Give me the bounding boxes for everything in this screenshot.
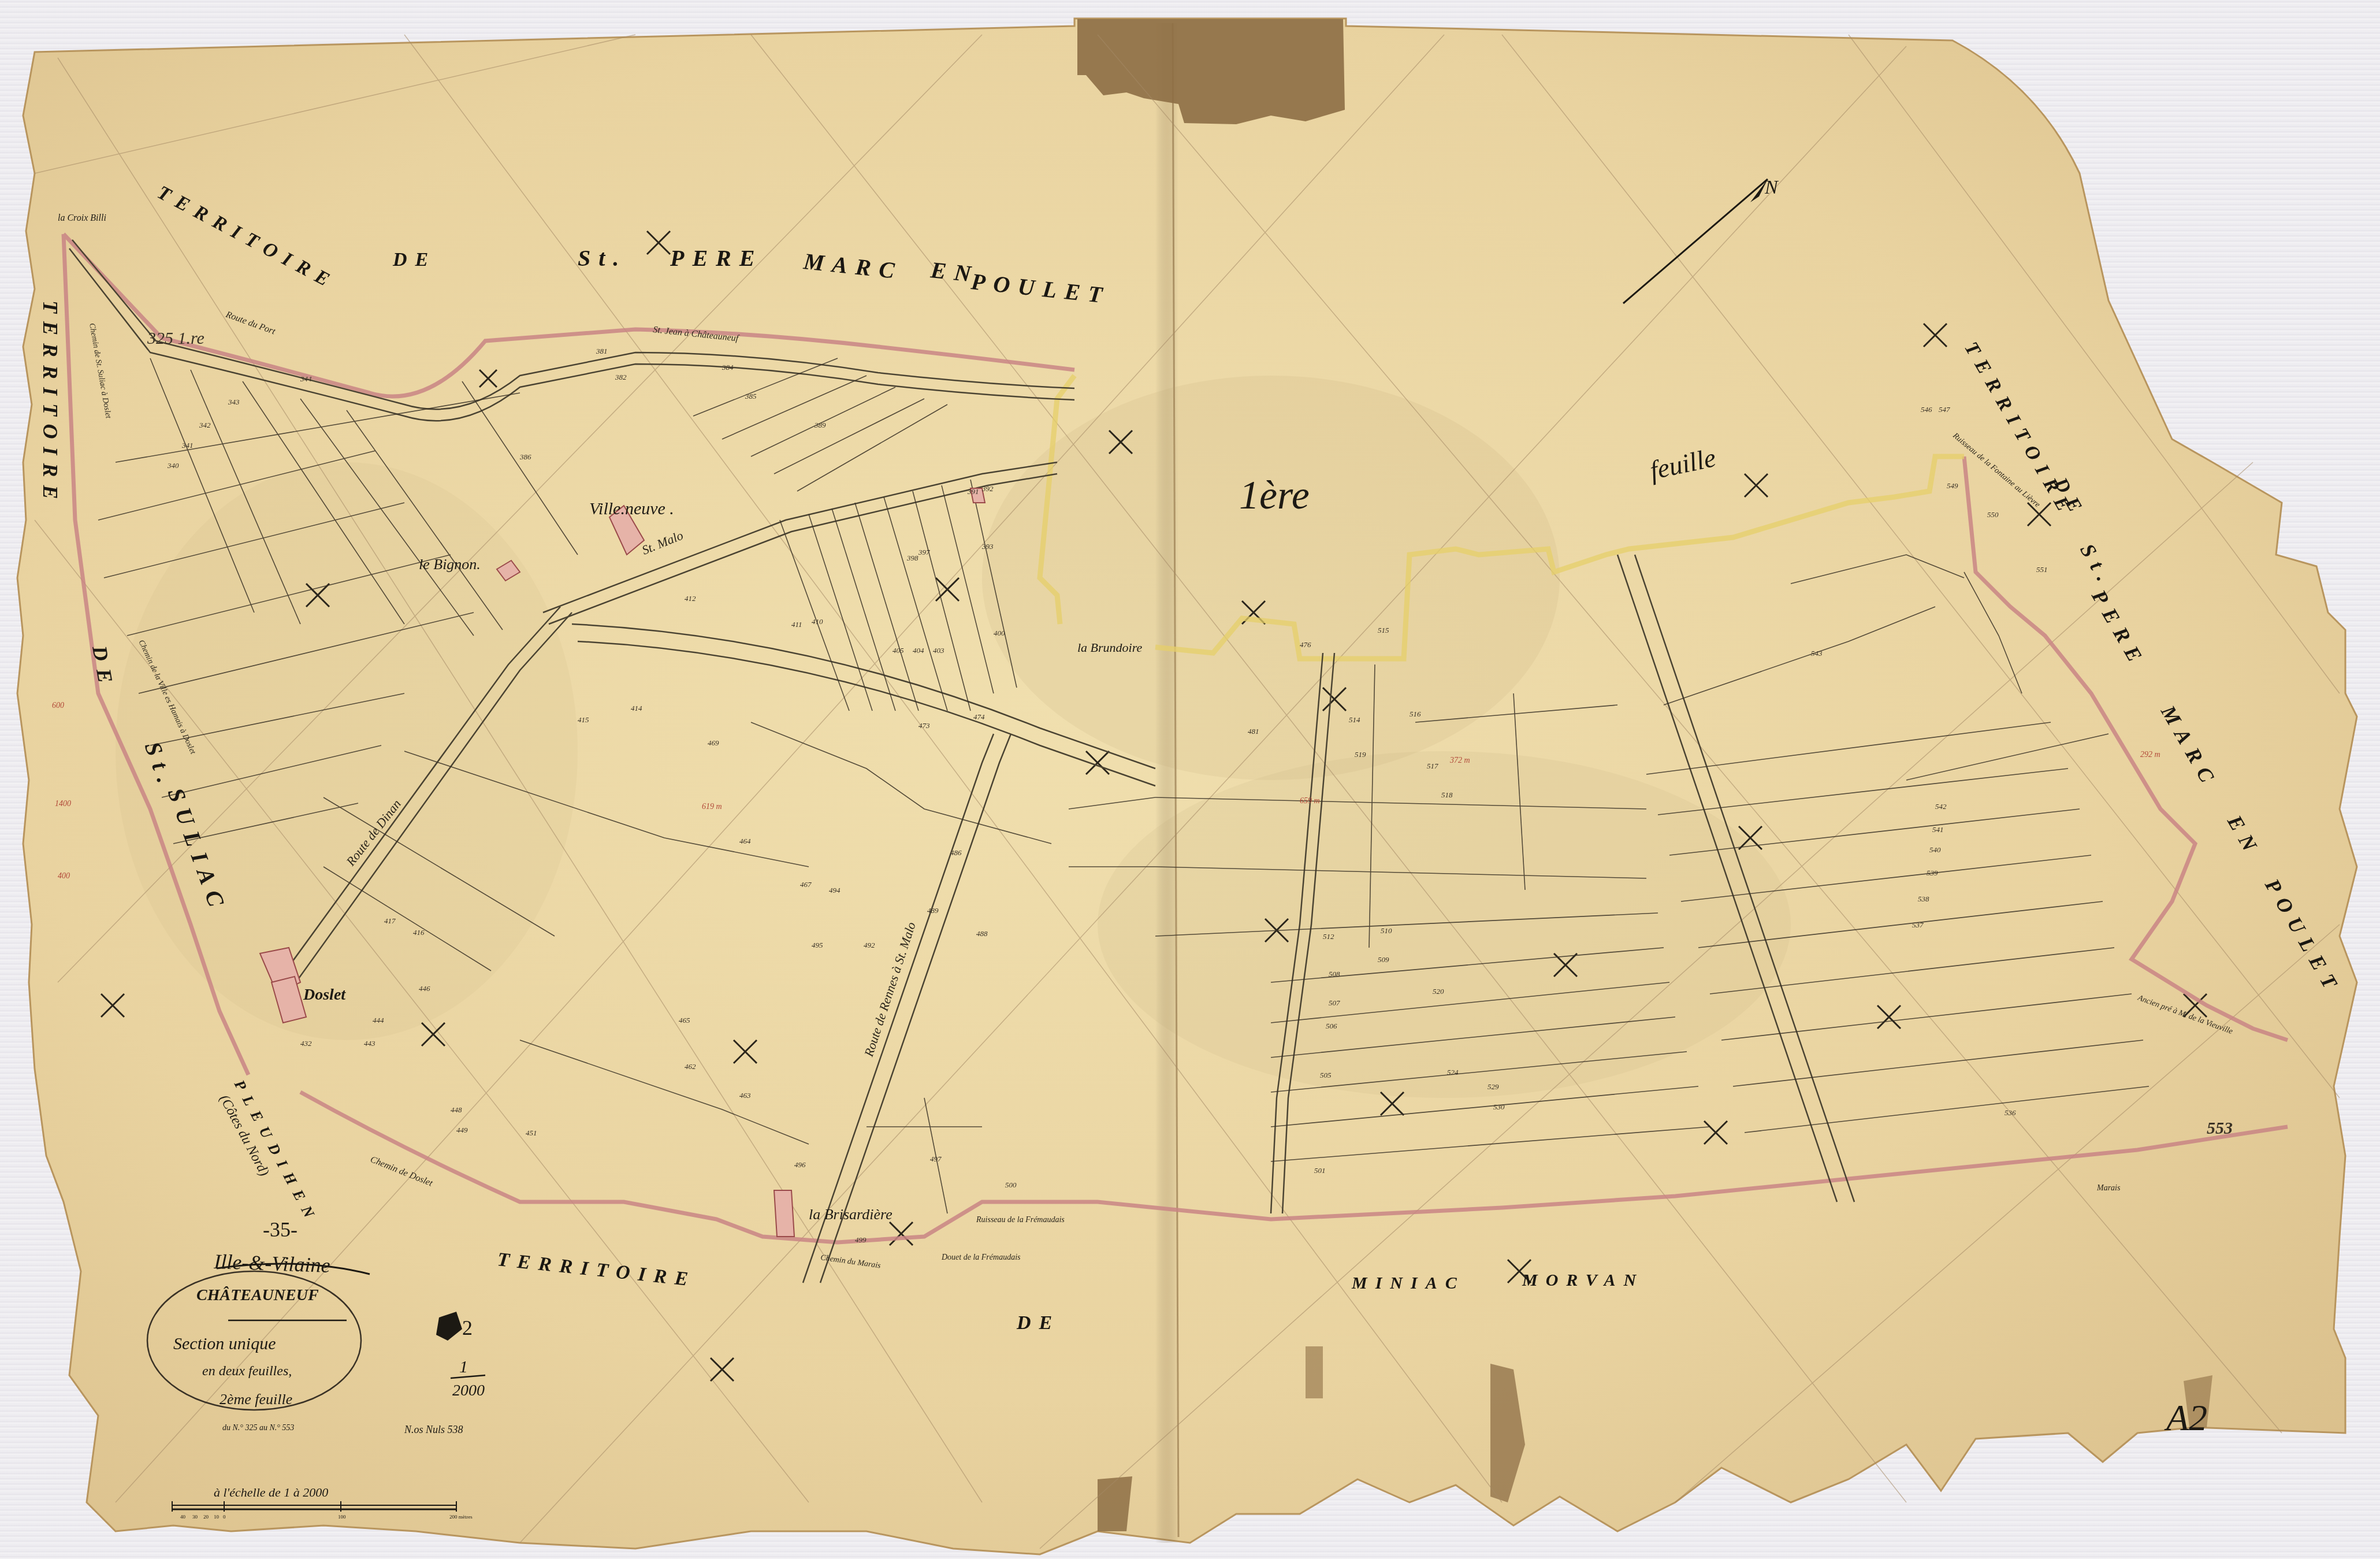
parcel-number: 465 <box>679 1016 690 1025</box>
measurement-label: 600 <box>52 701 64 710</box>
parcel-number: 553 <box>2207 1119 2233 1138</box>
parcel-number: 550 <box>1987 510 1999 519</box>
parcel-number: 551 <box>2036 565 2048 574</box>
scale-fraction-denominator: 2000 <box>452 1382 485 1400</box>
scale-tick: 40 <box>180 1514 186 1520</box>
parcel-number: 495 <box>812 941 823 949</box>
parcel-number: 489 <box>927 906 939 915</box>
parcel-number: 509 <box>1378 955 1389 964</box>
scale-tick: 30 <box>192 1514 198 1520</box>
parcel-number: 517 <box>1427 762 1438 770</box>
parcel-number: 540 <box>1929 845 1941 854</box>
parcel-number: 386 <box>519 452 531 461</box>
parcel-number: 432 <box>300 1039 312 1048</box>
territory-north-st: St. <box>578 245 627 271</box>
measurement-label: 372 m <box>1449 756 1470 765</box>
scale-tick: 20 <box>203 1514 209 1520</box>
parcel-range: du N.° 325 au N.° 553 <box>222 1424 294 1432</box>
parcel-number: 538 <box>1918 894 1929 903</box>
parcel-number: 417 <box>384 916 396 925</box>
measurement-label: 400 <box>58 872 70 881</box>
territory-south-morvan: MORVAN <box>1522 1271 1644 1290</box>
measurement-label: 619 m <box>702 803 722 811</box>
parcel-number: 405 <box>892 646 904 655</box>
parcel-number: 411 <box>791 620 802 629</box>
scale-fraction-numerator: 1 <box>459 1357 468 1376</box>
parcel-number: 505 <box>1320 1071 1332 1079</box>
parcel-number: 506 <box>1326 1022 1337 1030</box>
parcel-number: 412 <box>685 594 696 603</box>
parcel-number: 392 <box>981 484 994 493</box>
parcel-number: 382 <box>615 373 627 381</box>
sheets-note: en deux feuilles, <box>202 1364 292 1379</box>
measurement-label: 1400 <box>55 800 71 808</box>
north-label: N <box>1764 177 1779 198</box>
parcel-number: 414 <box>631 704 642 712</box>
parcel-number: 464 <box>739 837 751 845</box>
scale-tick: 10 <box>214 1514 220 1520</box>
parcel-number: 529 <box>1487 1082 1499 1091</box>
parcel-number: 397 <box>918 548 930 556</box>
place-doslet: Doslet <box>303 986 346 1004</box>
parcel-number: 518 <box>1441 790 1453 799</box>
parcel-number: 501 <box>1314 1166 1326 1175</box>
territory-north-de: DE <box>392 249 436 270</box>
parcel-number: 510 <box>1381 926 1392 935</box>
scale-tick: 200 mètres <box>449 1514 473 1520</box>
parcel-number: 389 <box>814 421 826 429</box>
parcel-number: 476 <box>1300 640 1311 649</box>
parcel-number: 546 <box>1921 405 1932 414</box>
parcel-number: 500 <box>1005 1181 1017 1189</box>
parcel-number: 381 <box>596 347 608 355</box>
parcel-number: 448 <box>451 1105 462 1114</box>
parcel-number: 547 <box>1939 405 1950 414</box>
territory-north-pere: PERE <box>670 245 763 271</box>
place-la-brisardiere: la Brisardière <box>809 1206 892 1223</box>
parcel-number: 443 <box>364 1039 375 1048</box>
note-marais: Marais <box>2096 1184 2121 1193</box>
place-le-bignon: le Bignon. <box>419 556 481 573</box>
commune-name: CHÂTEAUNEUF <box>196 1286 319 1304</box>
parcel-number: 541 <box>1932 825 1944 834</box>
stream-douet-fremaudais: Douet de la Frémaudais <box>941 1253 1021 1262</box>
parcel-number: 340 <box>167 461 179 470</box>
department-number: -35- <box>263 1218 297 1241</box>
parcel-number: 416 <box>413 928 425 937</box>
parcel-number: 486 <box>950 848 962 857</box>
parcel-number: 391 <box>967 487 979 496</box>
parcel-number: 325 1.re <box>147 329 204 348</box>
parcel-number: 515 <box>1378 626 1389 634</box>
scale-tick: 0 <box>223 1514 226 1520</box>
parcel-number: 492 <box>864 941 875 949</box>
parcel-number: 519 <box>1355 750 1366 759</box>
scale-text: à l'échelle de 1 à 2000 <box>214 1485 328 1499</box>
scale-tick: 100 <box>338 1514 346 1520</box>
parcel-number: 497 <box>930 1155 942 1163</box>
parcel-number: 463 <box>739 1091 751 1100</box>
parcel-number: 520 <box>1433 987 1444 996</box>
parcel-number: 404 <box>913 646 924 655</box>
place-la-croix-billi: la Croix Billi <box>58 213 106 223</box>
parcel-number: 516 <box>1410 710 1421 718</box>
parcel-number: 481 <box>1248 727 1259 736</box>
parcel-number: 530 <box>1493 1103 1505 1111</box>
parcel-number: 514 <box>1349 715 1360 724</box>
parcel-number: 524 <box>1447 1068 1459 1077</box>
parcel-number: 444 <box>373 1016 384 1025</box>
place-la-brundoire: la Brundoire <box>1077 640 1142 655</box>
measurement-label: 659 m <box>1300 797 1320 806</box>
first-sheet-number: 1ère <box>1239 473 1310 518</box>
parcel-number: 512 <box>1323 932 1334 941</box>
parcel-number: 403 <box>933 646 944 655</box>
territory-south-miniac: MINIAC <box>1351 1274 1465 1293</box>
parcel-number: 410 <box>812 617 823 626</box>
territory-west-word: TERRITOIRE <box>39 300 62 507</box>
parcel-number: 499 <box>855 1235 867 1244</box>
stream-ruisseau-fremaudais: Ruisseau de la Frémaudais <box>976 1216 1065 1224</box>
archive-mark: A2 <box>2164 1397 2207 1438</box>
paper-sheet <box>17 18 2357 1554</box>
cadastral-map: N TERRITOIRE DE St. PERE MARC EN POULET … <box>0 0 2380 1559</box>
territory-south-de: DE <box>1016 1312 1060 1334</box>
parcel-number: 536 <box>2005 1108 2016 1117</box>
parcel-number: 415 <box>578 715 589 724</box>
measurement-label: 292 m <box>2140 751 2160 759</box>
parcel-number: 488 <box>976 929 988 938</box>
parcel-number: 539 <box>1927 868 1938 877</box>
parcel-number: 474 <box>973 712 985 721</box>
parcel-number: 508 <box>1329 970 1340 978</box>
parcel-number: 400 <box>994 629 1005 637</box>
section-name: Section unique <box>173 1334 276 1353</box>
parcel-number: 507 <box>1329 998 1340 1007</box>
parcel-number: 462 <box>685 1062 696 1071</box>
parcel-number: 384 <box>722 363 734 372</box>
parcel-number: 542 <box>1935 802 1947 811</box>
parcel-number: 451 <box>526 1129 537 1137</box>
parcel-number: 449 <box>456 1126 468 1134</box>
parcel-number: 341 <box>181 441 194 450</box>
parcel-number: 496 <box>794 1160 806 1169</box>
place-villeneuve: Ville.neuve . <box>589 499 674 518</box>
parcel-number: 343 <box>228 398 240 406</box>
parcel-number: 342 <box>199 421 211 429</box>
parcel-number: 344 <box>300 374 312 383</box>
parcel-number: 473 <box>918 721 930 730</box>
parcel-number: 393 <box>981 542 994 551</box>
parcel-number: 385 <box>745 392 757 400</box>
parcel-number: 469 <box>708 738 719 747</box>
parcel-number: 398 <box>906 554 918 562</box>
parcel-number: 446 <box>419 984 430 993</box>
sheet-label: 2ème feuille <box>220 1391 292 1408</box>
null-numbers: N.os Nuls 538 <box>404 1424 463 1435</box>
parcel-number: 537 <box>1912 920 1924 929</box>
parcel-number: 549 <box>1947 481 1958 490</box>
parcel-number: 494 <box>829 886 841 894</box>
parcel-number: 543 <box>1811 649 1823 658</box>
parcel-number: 467 <box>800 880 812 889</box>
sheet-tag: 2 <box>462 1316 473 1339</box>
